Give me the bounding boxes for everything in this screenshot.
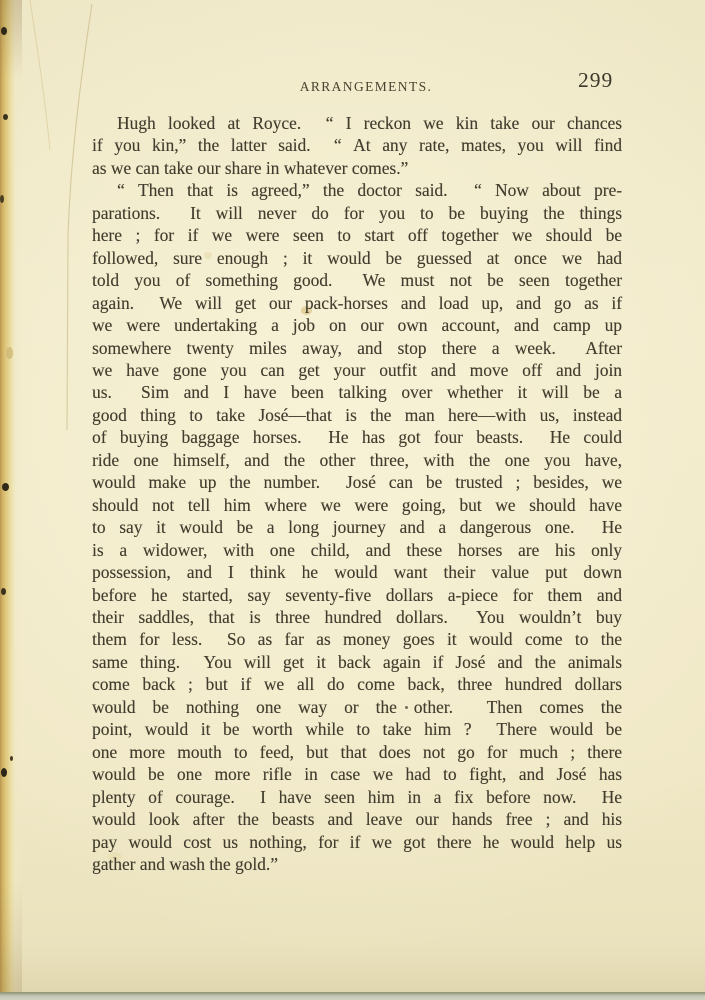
text-line: same thing. You will get it back again i…	[92, 651, 622, 673]
text-line: if you kin,” the latter said. “ At any r…	[92, 134, 622, 156]
paragraph: “ Then that is agreed,” the doctor said.…	[92, 179, 622, 875]
text-line: would be one more rifle in case we had t…	[92, 763, 622, 785]
paragraph: Hugh looked at Royce. “ I reckon we kin …	[92, 112, 622, 179]
ink-speck	[10, 756, 13, 761]
ink-speck	[3, 114, 8, 120]
text-line: would be nothing one way or the other. T…	[92, 696, 622, 718]
page-number: 299	[578, 68, 624, 93]
text-line: is a widower, with one child, and these …	[92, 539, 622, 561]
text-line: their saddles, that is three hundred dol…	[92, 606, 622, 628]
text-line: pay would cost us nothing, for if we got…	[92, 831, 622, 853]
text-line: followed, sure enough ; it would be gues…	[92, 247, 622, 269]
paper-bump	[6, 347, 13, 359]
text-line: before he started, say seventy-five doll…	[92, 584, 622, 606]
text-line: would look after the beasts and leave ou…	[92, 808, 622, 830]
page-binding-edge	[0, 0, 22, 1000]
text-line: come back ; but if we all do come back, …	[92, 673, 622, 695]
text-line: gather and wash the gold.”	[92, 853, 622, 875]
text-line: again. We will get our pack-horses and l…	[92, 292, 622, 314]
text-line: “ Then that is agreed,” the doctor said.…	[92, 179, 622, 201]
text-line: to say it would be a long journey and a …	[92, 516, 622, 538]
text-line: should not tell him where we were going,…	[92, 494, 622, 516]
ink-speck	[1, 588, 6, 595]
text-line: we have gone you can get your outfit and…	[92, 359, 622, 381]
running-header-title: ARRANGEMENTS.	[96, 79, 618, 95]
text-line: parations. It will never do for you to b…	[92, 202, 622, 224]
text-line: somewhere twenty miles away, and stop th…	[92, 337, 622, 359]
text-line: possession, and I think he would want th…	[92, 561, 622, 583]
text-line: one more mouth to feed, but that does no…	[92, 741, 622, 763]
text-line: we were undertaking a job on our own acc…	[92, 314, 622, 336]
ink-speck	[2, 483, 9, 491]
text-line: good thing to take José—that is the man …	[92, 404, 622, 426]
text-line: them for less. So as far as money goes i…	[92, 628, 622, 650]
text-line: Hugh looked at Royce. “ I reckon we kin …	[92, 112, 622, 134]
text-line: point, would it be worth while to take h…	[92, 718, 622, 740]
ink-speck	[1, 768, 7, 777]
text-line: as we can take our share in whatever com…	[92, 157, 622, 179]
ink-speck	[1, 27, 7, 35]
text-line: ride one himself, and the other three, w…	[92, 449, 622, 471]
book-page-scan: ARRANGEMENTS. 299 Hugh looked at Royce. …	[0, 0, 705, 1000]
text-line: here ; for if we were seen to start off …	[92, 224, 622, 246]
text-line: us. Sim and I have been talking over whe…	[92, 381, 622, 403]
page-bottom-shadow	[0, 942, 705, 992]
page-text: Hugh looked at Royce. “ I reckon we kin …	[92, 112, 622, 875]
text-line: told you of something good. We must not …	[92, 269, 622, 291]
ink-speck	[0, 195, 4, 203]
page-bottom-edge	[0, 992, 705, 1000]
text-line: would make up the number. José can be tr…	[92, 471, 622, 493]
text-line: plenty of courage. I have seen him in a …	[92, 786, 622, 808]
text-line: of buying baggage horses. He has got fou…	[92, 426, 622, 448]
